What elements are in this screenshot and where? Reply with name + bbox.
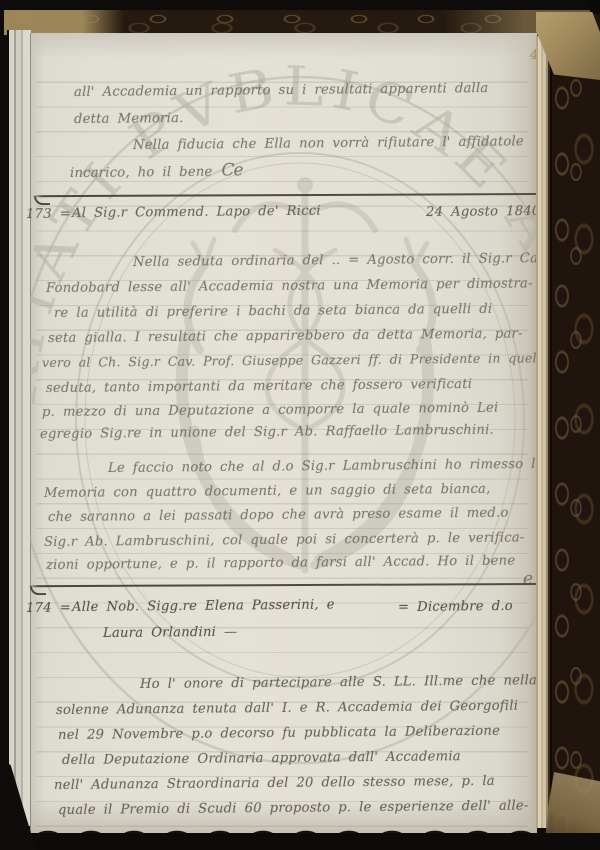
left-page-edges: [7, 30, 31, 826]
manuscript-line: detta Memoria.: [74, 112, 184, 126]
entry-recipient: Laura Orlandini —: [103, 626, 237, 640]
manuscript-line: Nella fiducia che Ella non vorrà rifiuta…: [133, 135, 524, 152]
closing-flourish: e: [523, 571, 532, 588]
manuscript-line: della Deputazione Ordinaria approvata da…: [62, 750, 461, 767]
entry-recipient: Alle Nob. Sigg.re Elena Passerini, e: [72, 598, 335, 614]
manuscript-scan: RITATI PVBLICAE AVGE 40 all' Accademia u…: [0, 0, 600, 850]
book-top-binding: [4, 10, 600, 35]
closing-flourish: Ce: [221, 160, 242, 180]
entry-number: 174 =: [26, 602, 71, 616]
manuscript-line: Ho l' onore di partecipare alle S. LL. I…: [140, 674, 537, 691]
manuscript-line: incarico, ho il beneCe: [70, 162, 243, 181]
entry-date: = Dicembre d.o: [398, 600, 513, 614]
right-page-edges: [536, 36, 548, 828]
scan-bottom-background: [0, 833, 600, 850]
marbled-cover: [548, 14, 600, 850]
entry-date: 24 Agosto 1840: [426, 205, 541, 219]
entry-recipient: Al Sig.r Commend. Lapo de' Ricci: [72, 205, 321, 221]
entry-number: 173 =: [26, 208, 71, 222]
line-text: incarico, ho il bene: [70, 165, 213, 181]
